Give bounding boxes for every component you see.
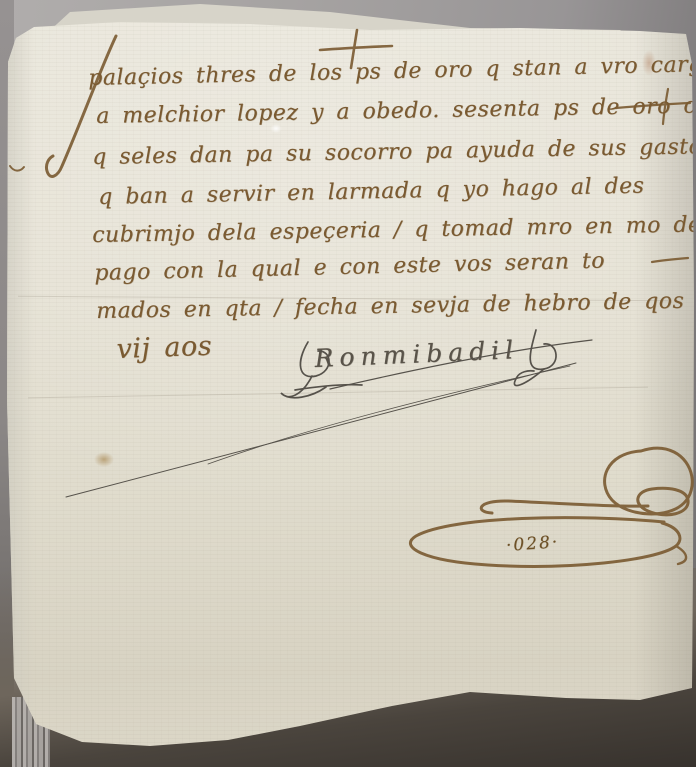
handwritten-line: vij aos <box>116 331 213 365</box>
archival-number: ·028· <box>505 532 560 556</box>
manuscript-photo: palaçios thres de los ps de oro q stan a… <box>0 0 696 767</box>
manuscript-page: palaçios thres de los ps de oro q stan a… <box>0 0 696 767</box>
ink-stain <box>94 452 114 467</box>
